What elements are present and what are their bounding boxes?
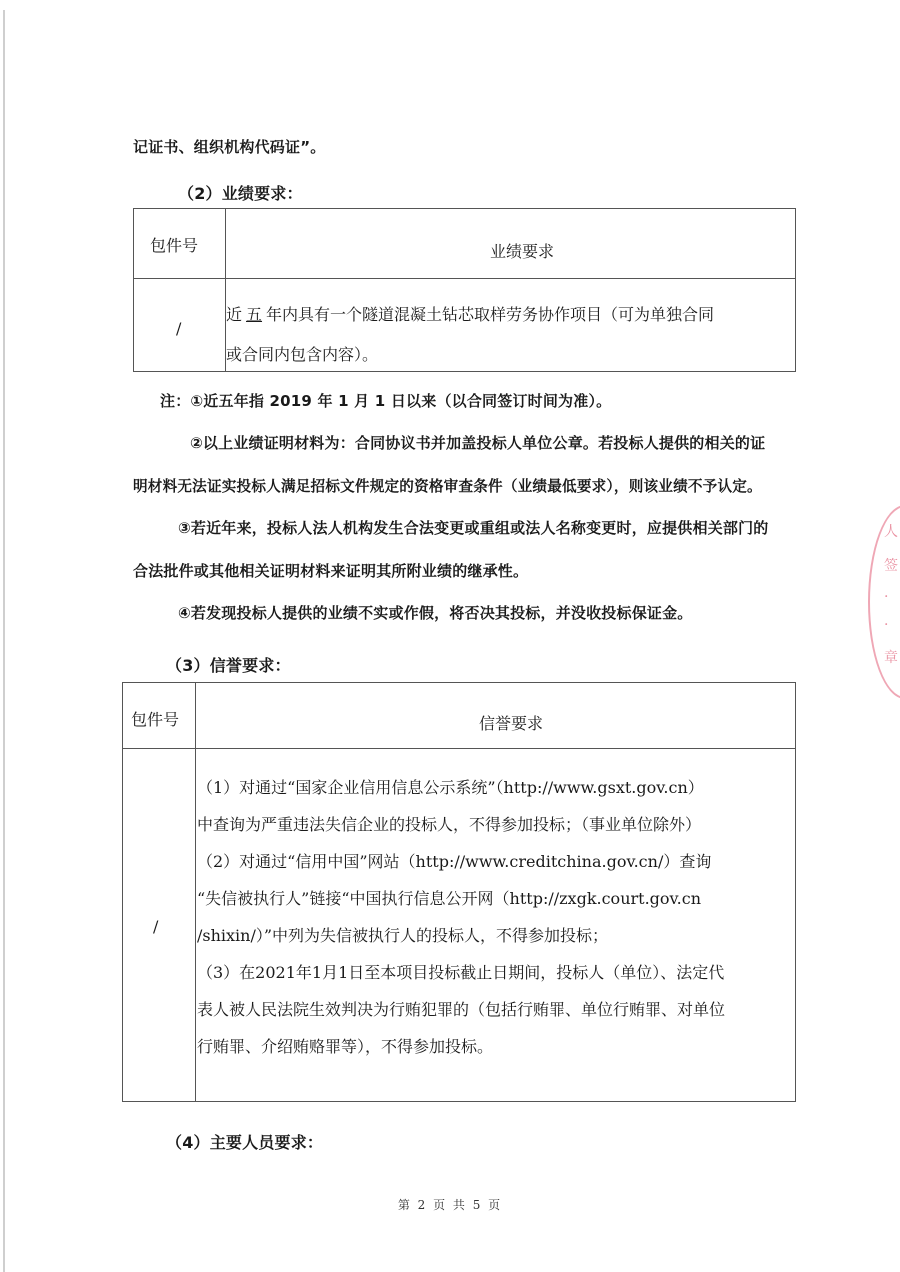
header-package: 包件号 bbox=[131, 707, 179, 730]
performance-table: 包件号 业绩要求 / 近五年内具有一个隧道混凝土钻芯取样劳务协作项目（可为单独合… bbox=[133, 208, 796, 372]
credit-heading: （3）信誉要求： bbox=[166, 653, 291, 676]
stamp-char: 签 bbox=[884, 555, 898, 575]
header-requirement: 信誉要求 bbox=[479, 711, 543, 734]
stamp-char: 人 bbox=[884, 521, 898, 541]
requirement-years: 五 bbox=[242, 305, 266, 324]
row-divider bbox=[123, 748, 795, 749]
header-package: 包件号 bbox=[150, 233, 198, 256]
header-requirement: 业绩要求 bbox=[490, 239, 554, 262]
stamp-char: · bbox=[884, 589, 888, 605]
row-divider bbox=[134, 278, 795, 279]
credit-line-7: 表人被人民法院生效判决为行贿犯罪的（包括行贿罪、单位行贿罪、对单位 bbox=[197, 997, 725, 1020]
page-number: 第 2 页 共 5 页 bbox=[0, 1196, 900, 1213]
credit-line-3: （2）对通过“信用中国”网站（http://www.creditchina.go… bbox=[197, 849, 711, 872]
red-seal-stamp: 人 签 · · 章 bbox=[868, 505, 900, 699]
personnel-heading: （4）主要人员要求： bbox=[166, 1130, 323, 1153]
credit-line-1: （1）对通过“国家企业信用信息公示系统”（http://www.gsxt.gov… bbox=[197, 775, 704, 798]
cell-requirement-line2: 或合同内包含内容）。 bbox=[226, 342, 378, 365]
stamp-char: · bbox=[884, 617, 888, 633]
cell-requirement-line1: 近五年内具有一个隧道混凝土钻芯取样劳务协作项目（可为单独合同 bbox=[226, 302, 714, 325]
performance-heading: （2）业绩要求： bbox=[178, 181, 303, 204]
credit-line-2: 中查询为严重违法失信企业的投标人，不得参加投标；（事业单位除外） bbox=[197, 812, 701, 835]
requirement-line1: 年内具有一个隧道混凝土钻芯取样劳务协作项目（可为单独合同 bbox=[266, 305, 714, 324]
note-4: ④若发现投标人提供的业绩不实或作假，将否决其投标，并没收投标保证金。 bbox=[178, 602, 693, 623]
credit-line-4: “失信被执行人”链接“中国执行信息公开网（http://zxgk.court.g… bbox=[197, 886, 701, 909]
continuation-line: 记证书、组织机构代码证”。 bbox=[133, 136, 325, 157]
cell-package: / bbox=[176, 319, 181, 338]
note-2-line1: ②以上业绩证明材料为：合同协议书并加盖投标人单位公章。若投标人提供的相关的证 bbox=[190, 432, 765, 453]
requirement-prefix: 近 bbox=[226, 305, 242, 324]
stamp-char: 章 bbox=[884, 647, 898, 667]
scan-edge-line bbox=[3, 10, 5, 1272]
credit-table: 包件号 信誉要求 / （1）对通过“国家企业信用信息公示系统”（http://w… bbox=[122, 682, 796, 1102]
note-3-line2: 合法批件或其他相关证明材料来证明其所附业绩的继承性。 bbox=[133, 560, 528, 581]
credit-line-6: （3）在2021年1月1日至本项目投标截止日期间，投标人（单位）、法定代 bbox=[197, 960, 724, 983]
column-divider bbox=[195, 683, 196, 1101]
note-3-line1: ③若近年来，投标人法人机构发生合法变更或重组或法人名称变更时，应提供相关部门的 bbox=[178, 517, 769, 538]
credit-line-5: /shixin/）”中列为失信被执行人的投标人，不得参加投标； bbox=[197, 923, 608, 946]
note-1: 注：①近五年指 2019 年 1 月 1 日以来（以合同签订时间为准）。 bbox=[160, 390, 611, 411]
credit-line-8: 行贿罪、介绍贿赂罪等），不得参加投标。 bbox=[197, 1034, 493, 1057]
note-2-line2: 明材料无法证实投标人满足招标文件规定的资格审查条件（业绩最低要求），则该业绩不予… bbox=[133, 475, 762, 496]
cell-package: / bbox=[153, 917, 158, 936]
